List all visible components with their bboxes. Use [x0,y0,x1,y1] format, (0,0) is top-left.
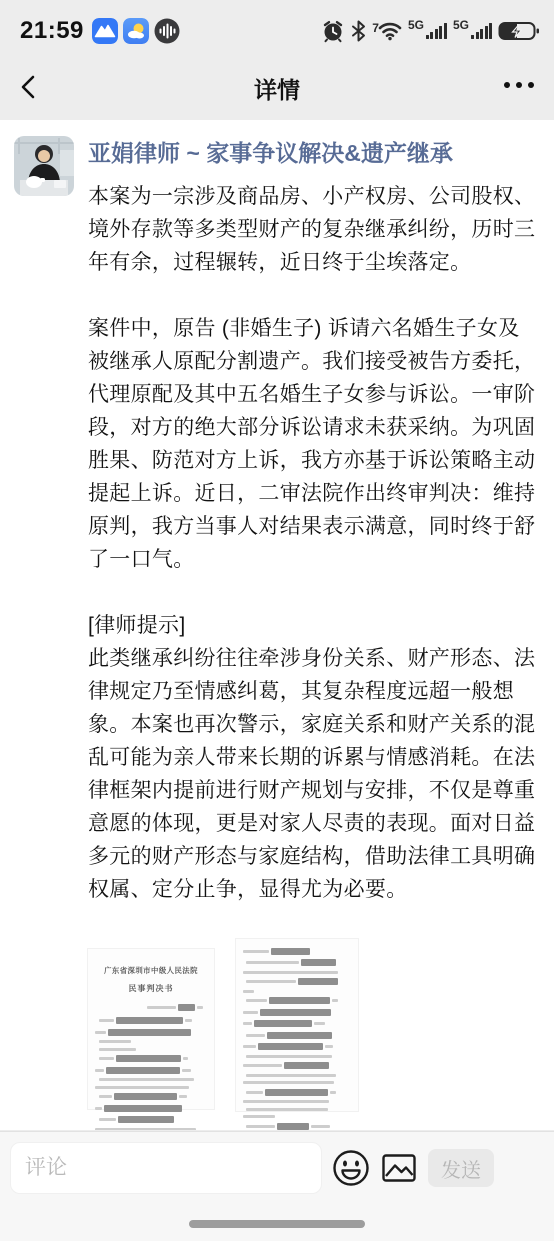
post-paragraph: 本案为一宗涉及商品房、小产权房、公司股权、境外存款等多类型财产的复杂继承纠纷，历… [88,180,540,279]
status-icons: 7 5G 5G [321,19,540,43]
status-bar: 21:59 [0,0,554,56]
more-options-icon[interactable] [504,82,534,88]
battery-charging-icon [498,20,540,42]
document-title: 民事判决书 [93,983,209,994]
mountain-app-icon [92,18,118,44]
comment-input[interactable] [10,1142,322,1194]
notification-app-icons [92,18,180,44]
court-title: 广东省深圳市中级人民法院 [98,965,205,975]
cellular-signal-2: 5G [453,23,492,39]
image-picker-icon[interactable] [380,1149,418,1187]
post-body: 本案为一宗涉及商品房、小产权房、公司股权、境外存款等多类型财产的复杂继承纠纷，历… [88,180,540,906]
clock-time: 21:59 [20,17,84,45]
author-name[interactable]: 亚娟律师 ~ 家事争议解决&遗产继承 [88,138,540,168]
weather-app-icon [123,18,149,44]
home-indicator[interactable] [189,1220,365,1228]
author-avatar[interactable] [14,136,74,196]
wifi-icon: 7 [372,21,402,41]
page-title: 详情 [0,72,554,105]
comment-bar: 发送 [0,1131,554,1241]
voice-memo-app-icon [154,18,180,44]
detail-page: 21:59 [0,0,554,1241]
send-button[interactable]: 发送 [428,1149,494,1187]
post-paragraph: [律师提示] 此类继承纠纷往往牵涉身份关系、财产形态、法律规定乃至情感纠葛，其复… [88,609,540,906]
post-paragraph: 案件中，原告 (非婚生子) 诉请六名婚生子女及被继承人原配分割遗产。我们接受被告… [88,312,540,576]
bluetooth-icon [351,20,366,42]
emoji-icon[interactable] [332,1149,370,1187]
document-page-1: 广东省深圳市中级人民法院 民事判决书 [88,949,214,1109]
judgment-document-photo[interactable]: 广东省深圳市中级人民法院 民事判决书 [88,939,540,1111]
document-page-2 [236,939,358,1111]
cellular-signal-1: 5G [408,23,447,39]
nav-bar: 详情 [0,56,554,120]
alarm-clock-icon [321,19,345,43]
post-content: 亚娟律师 ~ 家事争议解决&遗产继承 本案为一宗涉及商品房、小产权房、公司股权、… [0,120,554,1130]
